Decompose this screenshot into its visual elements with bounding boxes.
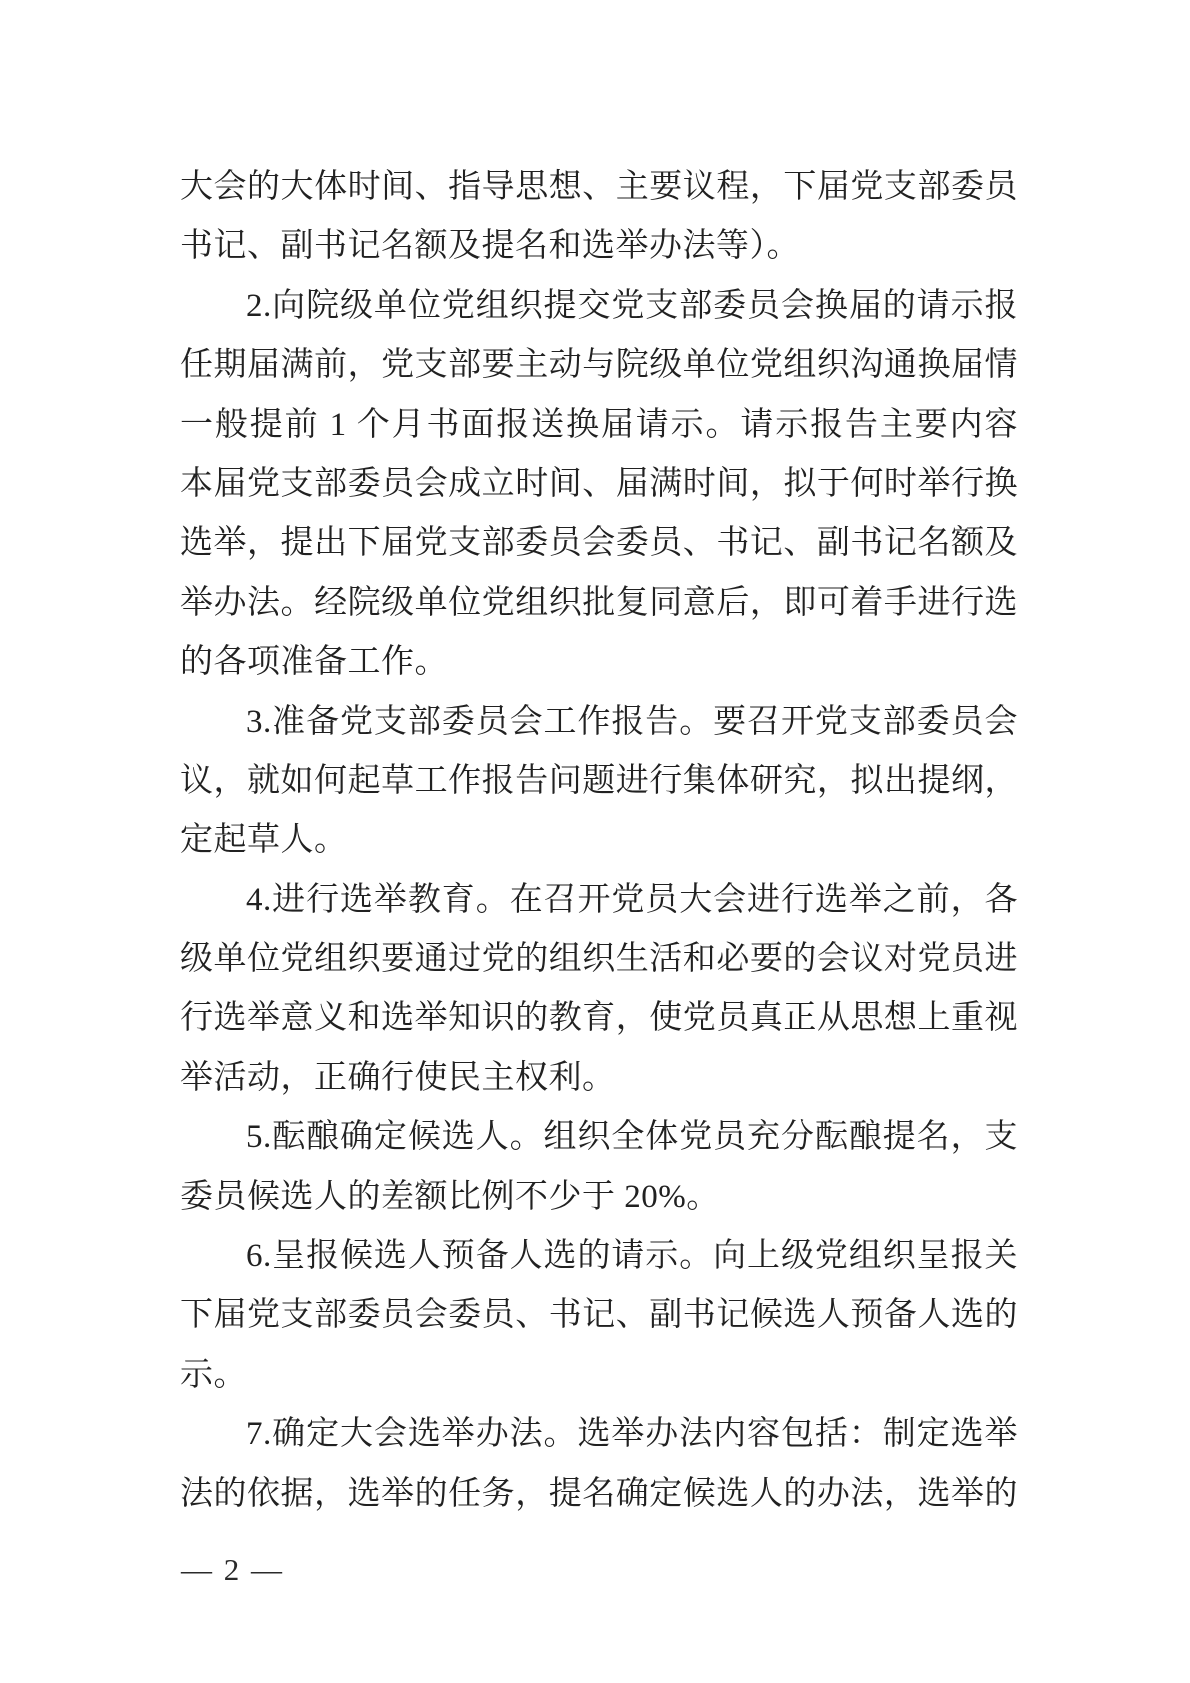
document-page: 大会的大体时间、指导思想、主要议程，下届党支部委员会书记、副书记名额及提名和选举… (0, 0, 1190, 1683)
text-line: 举活动，正确行使民主权利。 (180, 1049, 1018, 1108)
document-body: 大会的大体时间、指导思想、主要议程，下届党支部委员会书记、副书记名额及提名和选举… (180, 158, 1018, 1524)
text-line: 3.准备党支部委员会工作报告。要召开党支部委员会会 (180, 693, 1018, 752)
text-line: 行选举意义和选举知识的教育，使党员真正从思想上重视选 (180, 989, 1018, 1048)
text-line: 举办法。经院级单位党组织批复同意后，即可着手进行选举 (180, 574, 1018, 633)
text-line: 一般提前 1 个月书面报送换届请示。请示报告主要内容包括： (180, 396, 1018, 455)
text-line: 本届党支部委员会成立时间、届满时间，拟于何时举行换届 (180, 455, 1018, 514)
page-number: — 2 — (181, 1552, 284, 1587)
text-line: 任期届满前，党支部要主动与院级单位党组织沟通换届情况， (180, 336, 1018, 395)
text-line: 下届党支部委员会委员、书记、副书记候选人预备人选的请 (180, 1286, 1018, 1345)
text-line: 委员候选人的差额比例不少于 20%。 (180, 1168, 1018, 1227)
text-line: 法的依据，选举的任务，提名确定候选人的办法，选举的方 (180, 1465, 1018, 1524)
text-line: 2.向院级单位党组织提交党支部委员会换届的请示报告。 (180, 277, 1018, 336)
text-line: 5.酝酿确定候选人。组织全体党员充分酝酿提名，支部 (180, 1108, 1018, 1167)
text-line: 4.进行选举教育。在召开党员大会进行选举之前，各院 (180, 871, 1018, 930)
text-line: 选举，提出下届党支部委员会委员、书记、副书记名额及选 (180, 514, 1018, 573)
text-line: 示。 (180, 1346, 1018, 1405)
text-line: 大会的大体时间、指导思想、主要议程，下届党支部委员会 (180, 158, 1018, 217)
text-line: 7.确定大会选举办法。选举办法内容包括：制定选举办 (180, 1405, 1018, 1464)
text-line: 的各项准备工作。 (180, 633, 1018, 692)
text-line: 级单位党组织要通过党的组织生活和必要的会议对党员进 (180, 930, 1018, 989)
text-line: 书记、副书记名额及提名和选举办法等）。 (180, 217, 1018, 276)
text-line: 6.呈报候选人预备人选的请示。向上级党组织呈报关于 (180, 1227, 1018, 1286)
page-footer: — 2 — (181, 1548, 284, 1592)
text-line: 定起草人。 (180, 811, 1018, 870)
text-line: 议，就如何起草工作报告问题进行集体研究，拟出提纲，指 (180, 752, 1018, 811)
